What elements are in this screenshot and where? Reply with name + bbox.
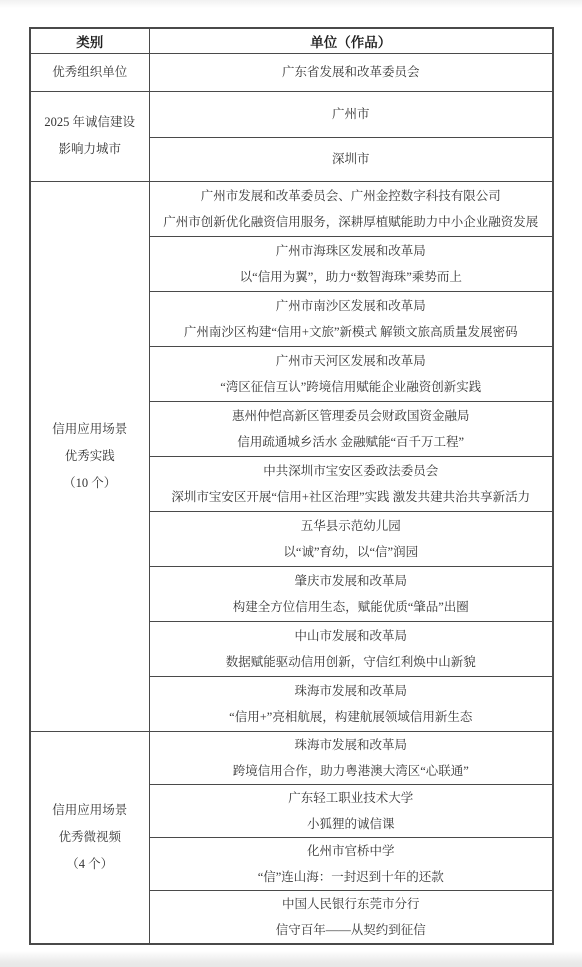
entry-row: 信用应用场景 优秀实践 （10 个） 广州市发展和改革委员会、广州金控数字科技有… (30, 181, 553, 236)
entry-cell: 广州市南沙区发展和改革局 广州南沙区构建“信用+文旅”新模式 解锁文旅高质量发展… (149, 291, 553, 346)
work-line: 以“信用为翼”，助力“数智海珠”乘势而上 (153, 264, 550, 290)
entry-cell: 广州市发展和改革委员会、广州金控数字科技有限公司 广州市创新优化融资信用服务，深… (149, 181, 553, 236)
page-top-edge-shading (0, 0, 582, 8)
entry-row: 优秀组织单位 广东省发展和改革委员会 (30, 53, 553, 91)
work-line: 以“诚”育幼，以“信”润园 (153, 539, 550, 565)
work-line: 数据赋能驱动信用创新，守信红利焕中山新貌 (153, 649, 550, 675)
work-line: “信”连山海：一封迟到十年的还款 (153, 864, 550, 890)
work-line: 广州南沙区构建“信用+文旅”新模式 解锁文旅高质量发展密码 (153, 319, 550, 345)
entry-cell: 深圳市 (149, 137, 553, 181)
category-cell-microvideo: 信用应用场景 优秀微视频 （4 个） (30, 731, 149, 944)
entry-cell: 广州市 (149, 91, 553, 137)
entry-cell: 化州市官桥中学 “信”连山海：一封迟到十年的还款 (149, 837, 553, 890)
work-line: 广州市创新优化融资信用服务，深耕厚植赋能助力中小企业融资发展 (153, 209, 550, 235)
category-line: 信用应用场景 (34, 797, 146, 824)
category-cell-cities: 2025 年诚信建设 影响力城市 (30, 91, 149, 181)
unit-line: 广州市 (153, 101, 550, 127)
category-line: 优秀组织单位 (34, 59, 146, 86)
unit-line: 中山市发展和改革局 (153, 623, 550, 649)
entry-cell: 中山市发展和改革局 数据赋能驱动信用创新，守信红利焕中山新貌 (149, 621, 553, 676)
work-line: 小狐狸的诚信课 (153, 811, 550, 837)
entry-cell: 珠海市发展和改革局 跨境信用合作，助力粤港澳大湾区“心联通” (149, 731, 553, 784)
category-cell-practice: 信用应用场景 优秀实践 （10 个） (30, 181, 149, 731)
unit-line: 五华县示范幼儿园 (153, 513, 550, 539)
unit-line: 珠海市发展和改革局 (153, 678, 550, 704)
unit-line: 广州市发展和改革委员会、广州金控数字科技有限公司 (153, 183, 550, 209)
work-line: 信守百年——从契约到征信 (153, 917, 550, 943)
entry-row: 信用应用场景 优秀微视频 （4 个） 珠海市发展和改革局 跨境信用合作，助力粤港… (30, 731, 553, 784)
unit-line: 中国人民银行东莞市分行 (153, 891, 550, 917)
work-line: 信用疏通城乡活水 金融赋能“百千万工程” (153, 429, 550, 455)
category-line: 优秀微视频 (34, 824, 146, 851)
work-line: 跨境信用合作，助力粤港澳大湾区“心联通” (153, 758, 550, 784)
category-line: 信用应用场景 (34, 416, 146, 443)
unit-line: 化州市官桥中学 (153, 838, 550, 864)
header-unit-work-cell: 单位（作品） (149, 28, 553, 53)
entry-cell: 中共深圳市宝安区委政法委员会 深圳市宝安区开展“信用+社区治理”实践 激发共建共… (149, 456, 553, 511)
work-line: “信用+”亮相航展，构建航展领域信用新生态 (153, 704, 550, 730)
unit-line: 广州市天河区发展和改革局 (153, 348, 550, 374)
entry-cell: 肇庆市发展和改革局 构建全方位信用生态，赋能优质“肇品”出圈 (149, 566, 553, 621)
table-header-row: 类别 单位（作品） (30, 28, 553, 53)
unit-line: 珠海市发展和改革局 (153, 732, 550, 758)
category-line: 影响力城市 (34, 136, 146, 163)
entry-cell: 广东省发展和改革委员会 (149, 53, 553, 91)
work-line: 构建全方位信用生态，赋能优质“肇品”出圈 (153, 594, 550, 620)
awards-table: 类别 单位（作品） 优秀组织单位 广东省发展和改革委员会 2025 年诚信建设 … (29, 27, 554, 945)
entry-cell: 五华县示范幼儿园 以“诚”育幼，以“信”润园 (149, 511, 553, 566)
work-line: 深圳市宝安区开展“信用+社区治理”实践 激发共建共治共享新活力 (153, 484, 550, 510)
page: { "table": { "header": { "col1": "类别", "… (0, 0, 582, 967)
category-line: （4 个） (34, 851, 146, 878)
category-cell-org: 优秀组织单位 (30, 53, 149, 91)
page-bottom-edge-strip (0, 951, 582, 967)
entry-cell: 惠州仲恺高新区管理委员会财政国资金融局 信用疏通城乡活水 金融赋能“百千万工程” (149, 401, 553, 456)
entry-row: 2025 年诚信建设 影响力城市 广州市 (30, 91, 553, 137)
category-line: 优秀实践 (34, 443, 146, 470)
category-line: （10 个） (34, 470, 146, 497)
entry-cell: 广州市天河区发展和改革局 “湾区征信互认”跨境信用赋能企业融资创新实践 (149, 346, 553, 401)
unit-line: 肇庆市发展和改革局 (153, 568, 550, 594)
entry-cell: 广州市海珠区发展和改革局 以“信用为翼”，助力“数智海珠”乘势而上 (149, 236, 553, 291)
category-line: 2025 年诚信建设 (34, 109, 146, 136)
unit-line: 广东轻工职业技术大学 (153, 785, 550, 811)
entry-cell: 珠海市发展和改革局 “信用+”亮相航展，构建航展领域信用新生态 (149, 676, 553, 731)
unit-line: 惠州仲恺高新区管理委员会财政国资金融局 (153, 403, 550, 429)
entry-cell: 中国人民银行东莞市分行 信守百年——从契约到征信 (149, 890, 553, 944)
unit-line: 广东省发展和改革委员会 (153, 59, 550, 85)
work-line: “湾区征信互认”跨境信用赋能企业融资创新实践 (153, 374, 550, 400)
unit-line: 中共深圳市宝安区委政法委员会 (153, 458, 550, 484)
unit-line: 广州市南沙区发展和改革局 (153, 293, 550, 319)
unit-line: 广州市海珠区发展和改革局 (153, 238, 550, 264)
header-category-cell: 类别 (30, 28, 149, 53)
entry-cell: 广东轻工职业技术大学 小狐狸的诚信课 (149, 784, 553, 837)
unit-line: 深圳市 (153, 146, 550, 172)
